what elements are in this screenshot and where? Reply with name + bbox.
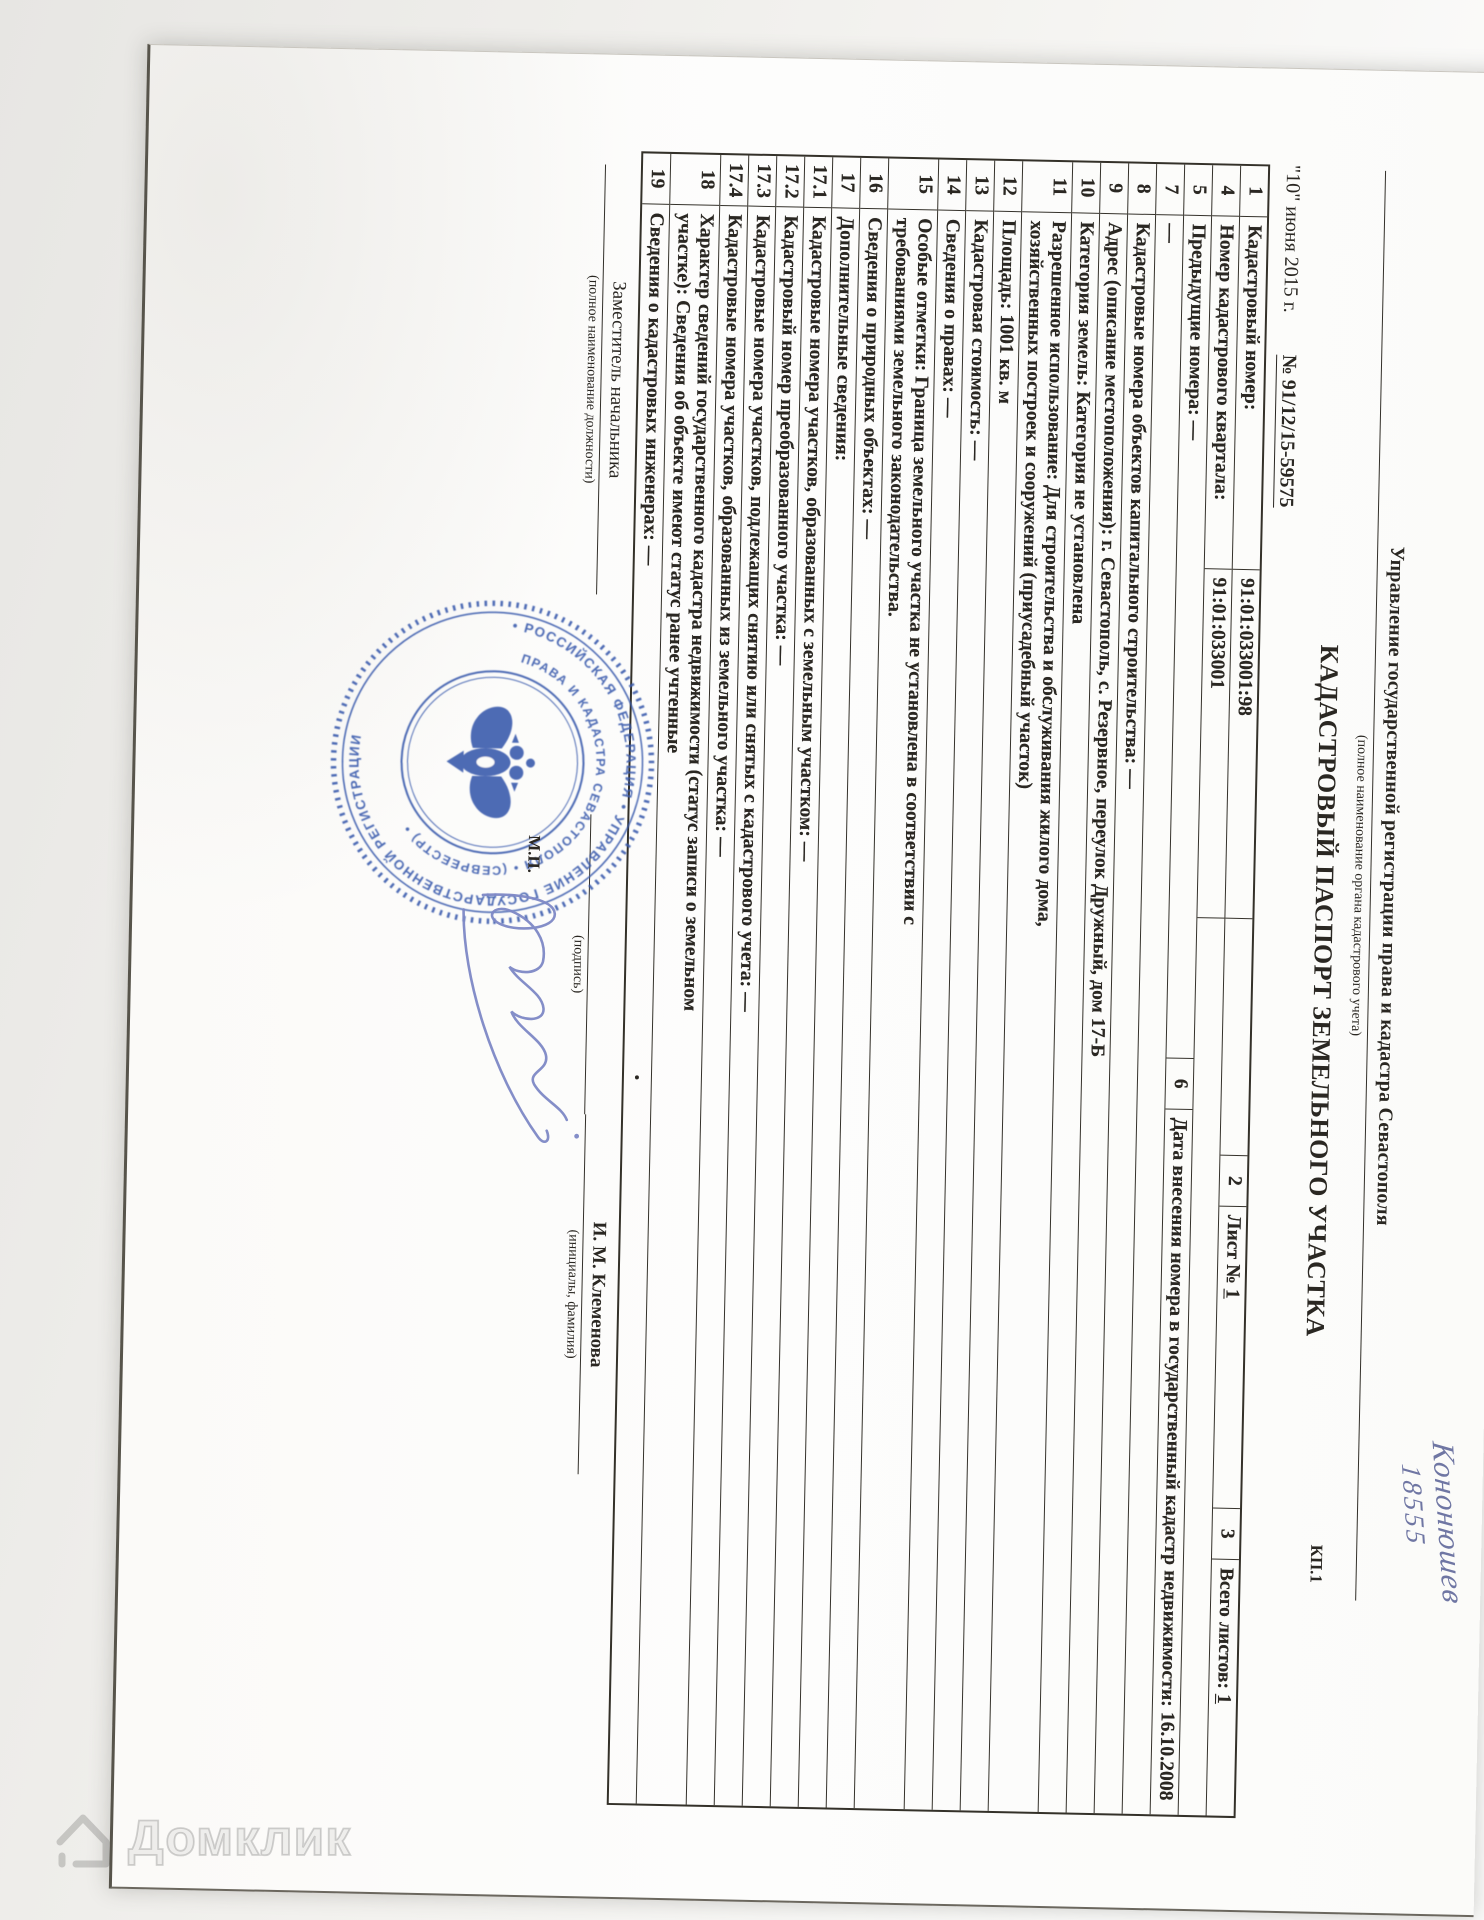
row-number-cell: 11 [1022,161,1072,212]
row-number-cell: 1 [1240,166,1268,217]
row-number-cell: 16 [860,158,888,209]
row-number-cell: 7 [1156,164,1184,215]
position-unit: Заместитель начальника (полное наименова… [578,164,632,595]
row-content-cell [1220,918,1252,1156]
row-number-cell: 15 [888,158,938,209]
row-number-cell: 18 [670,154,720,205]
row-content-cell: Всего листов: 1 [1207,1559,1239,1817]
row-number-cell: 4 [1212,165,1240,216]
row-number-cell: 6 [1165,1057,1193,1109]
double-headed-eagle-emblem [445,706,536,819]
row-number-cell: 17 [832,157,860,208]
handwritten-note: Кононюшев 18555 [1393,1437,1471,1607]
row-number-cell: 17.2 [776,156,804,207]
row-number-cell: 13 [966,160,994,211]
row-number-cell: 2 [1219,1155,1247,1207]
stamp-place-label: М.П. [523,835,544,873]
date-line: "10" июня 2015 г.№ 91/12/15-59575 [1274,165,1304,508]
position-caption: (полное наименование должности) [578,164,603,594]
domklik-logo-house-icon [50,1806,114,1870]
row-content-cell: Лист № 1 [1213,1206,1246,1508]
row-number-cell: 3 [1212,1508,1240,1560]
row-number-cell: 17.4 [720,155,748,206]
signer-name: И. М. Клеменова [583,1114,613,1474]
domklik-watermark: Домклик [50,1806,351,1870]
row-number-cell: 17.3 [748,156,776,207]
row-number-cell: 12 [994,161,1022,212]
row-number-cell: 14 [938,160,966,211]
row-number-cell: 8 [1128,163,1156,214]
document-sheet: Управление государственной регистрации п… [109,44,1484,1917]
domklik-brand-label: Домклик [128,1809,351,1867]
date-value: "10" июня 2015 г. [1279,165,1304,313]
position-title: Заместитель начальника [601,165,632,595]
row-number-cell: 5 [1184,165,1212,216]
document-number: № 91/12/15-59575 [1273,354,1300,507]
cadastral-table: 1Кадастровый номер:91:01:033001:982Лист … [607,151,1271,1818]
row-number-cell: 17.1 [804,157,832,208]
row-number-cell: 9 [1100,163,1128,214]
signer-unit: И. М. Клеменова (инициалы, фамилия) [560,1114,613,1475]
row-number-cell: 19 [642,153,670,204]
row-number-cell: 10 [1072,162,1100,213]
